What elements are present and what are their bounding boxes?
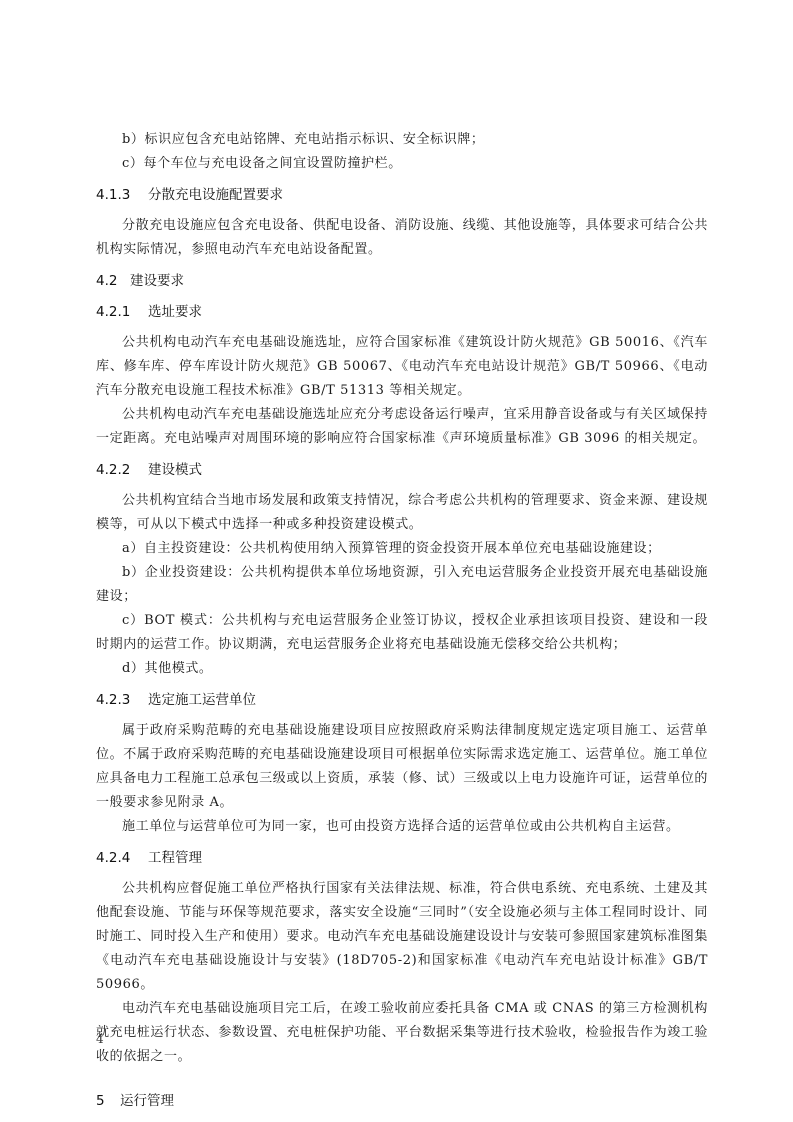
section-heading-4-2-2: 4.2.2 建设模式 — [96, 458, 708, 482]
section-title: 选定施工运营单位 — [148, 688, 256, 712]
section-title: 分散充电设施配置要求 — [148, 183, 283, 207]
section-title: 选址要求 — [148, 300, 202, 324]
paragraph: 公共机构电动汽车充电基础设施选址应充分考虑设备运行噪声，宜采用静音设备或与有关区… — [96, 403, 708, 451]
section-title: 建设模式 — [148, 458, 202, 482]
section-heading-4-1-3: 4.1.3 分散充电设施配置要求 — [96, 183, 708, 207]
list-item-a: a）自主投资建设：公共机构使用纳入预算管理的资金投资开展本单位充电基础设施建设； — [96, 537, 708, 561]
section-heading-4-2-3: 4.2.3 选定施工运营单位 — [96, 688, 708, 712]
section-number: 4.2.4 — [96, 846, 148, 870]
section-number: 4.1.3 — [96, 183, 148, 207]
paragraph: 公共机构电动汽车充电基础设施选址，应符合国家标准《建筑设计防火规范》GB 500… — [96, 331, 708, 403]
paragraph: 电动汽车充电基础设施项目完工后，在竣工验收前应委托具备 CMA 或 CNAS 的… — [96, 997, 708, 1069]
paragraph: 属于政府采购范畴的充电基础设施建设项目应按照政府采购法律制度规定选定项目施工、运… — [96, 719, 708, 815]
section-title: 建设要求 — [130, 269, 184, 293]
list-item-b: b）企业投资建设：公共机构提供本单位场地资源，引入充电运营服务企业投资开展充电基… — [96, 561, 708, 609]
document-page: b）标识应包含充电站铭牌、充电站指示标识、安全标识牌； c）每个车位与充电设备之… — [96, 128, 708, 1113]
section-heading-5: 5 运行管理 — [96, 1089, 708, 1113]
list-item-b: b）标识应包含充电站铭牌、充电站指示标识、安全标识牌； — [96, 128, 708, 152]
section-number: 4.2.1 — [96, 300, 148, 324]
paragraph: 公共机构应督促施工单位严格执行国家有关法律法规、标准，符合供电系统、充电系统、土… — [96, 877, 708, 997]
section-heading-4-2-4: 4.2.4 工程管理 — [96, 846, 708, 870]
section-number: 4.2.2 — [96, 458, 148, 482]
list-item-d: d）其他模式。 — [96, 657, 708, 681]
section-title: 工程管理 — [148, 846, 202, 870]
section-number: 4.2 — [96, 269, 130, 293]
paragraph: 公共机构宜结合当地市场发展和政策支持情况，综合考虑公共机构的管理要求、资金来源、… — [96, 489, 708, 537]
section-heading-4-2: 4.2 建设要求 — [96, 269, 708, 293]
list-item-c: c）每个车位与充电设备之间宜设置防撞护栏。 — [96, 152, 708, 176]
page-number: 4 — [96, 1032, 104, 1046]
paragraph: 分散充电设施应包含充电设备、供配电设备、消防设施、线缆、其他设施等，具体要求可结… — [96, 214, 708, 262]
section-title: 运行管理 — [120, 1089, 174, 1113]
paragraph: 施工单位与运营单位可为同一家，也可由投资方选择合适的运营单位或由公共机构自主运营… — [96, 815, 708, 839]
section-number: 5 — [96, 1089, 120, 1113]
section-number: 4.2.3 — [96, 688, 148, 712]
section-heading-4-2-1: 4.2.1 选址要求 — [96, 300, 708, 324]
list-item-c: c）BOT 模式：公共机构与充电运营服务企业签订协议，授权企业承担该项目投资、建… — [96, 609, 708, 657]
